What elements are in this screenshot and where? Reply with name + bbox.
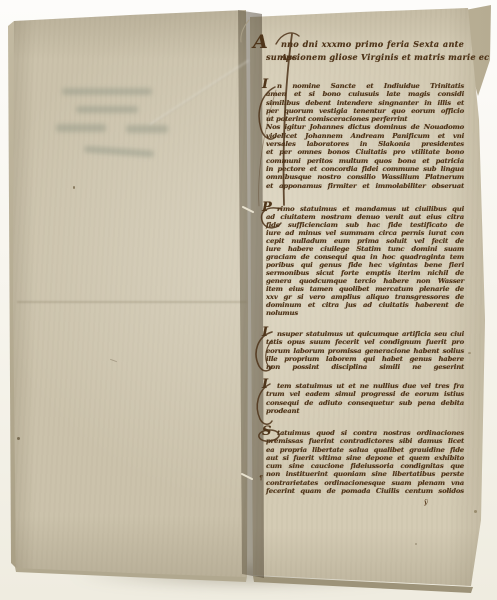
faint-inscription-line [76, 106, 138, 113]
manuscript-line: videlicet Johannem Andream Panificum et … [266, 132, 464, 140]
manuscript-line: In nomine Sancte et Indiuidue Trinitatis [266, 82, 464, 90]
manuscript-line: Primo statuimus et mandamus ut ciuilibus… [266, 205, 464, 213]
manuscript-line: et apponamus firmiter et immolabiliter o… [266, 182, 464, 190]
manuscript-line: fide sufficienciam sub hac fide testific… [266, 221, 464, 229]
text-block-2: Primo statuimus et mandamus ut ciuilibus… [266, 205, 464, 317]
manuscript-line: similibus debent intendere singnanter in… [266, 99, 464, 107]
manuscript-line: dominum et citra jus ad ciuitatis habere… [266, 301, 464, 309]
manuscript-line: non instituerint quoniam sine libertatib… [266, 470, 464, 478]
manuscript-line: cepit nulladum eum prima soluit vel feci… [266, 237, 464, 245]
manuscript-line: omnibusque nostro consilio Wassilium Pla… [266, 173, 464, 181]
manuscript-line: nolumus [266, 309, 464, 317]
text-block-3: Insuper statuimus ut quicumque artificia… [266, 330, 464, 371]
manuscript-line: communi peritos multum quos bona et patr… [266, 157, 464, 165]
initial-letter: I [262, 380, 268, 390]
manuscript-line: ad ciuitatem nostram denuo venit aut eiu… [266, 213, 464, 221]
manuscript-line: contrarietates ordinacionesque suam plen… [266, 479, 464, 487]
manuscript-line: Statuimus quod si contra nostras ordinac… [266, 429, 464, 437]
manuscript-text-column: Anno dni xxxmo primo feria Sexta ante As… [266, 0, 464, 600]
ink-speck [73, 186, 75, 189]
initial-letter: A [253, 35, 268, 49]
manuscript-line: Nos igitur Johannes dictus dominus de No… [266, 123, 464, 131]
manuscript-line: Insuper statuimus ut quicumque artificia… [266, 330, 464, 338]
manuscript-line: amen et si bono cuiusuis late magis cons… [266, 90, 464, 98]
manuscript-line: consequi de adiuto consequetur sub pena … [266, 399, 464, 407]
manuscript-line: prodeant [266, 407, 464, 415]
manuscript-line: ille proprium laborem qui habet genus ha… [266, 355, 464, 363]
faint-inscription-line [126, 125, 168, 133]
manuscript-line: aut si fuerit vltima sine depone et quem… [266, 454, 464, 462]
parchment-fold-horizontal [17, 301, 247, 303]
manuscript-line: iure ad minus vel summam circa pernis iu… [266, 229, 464, 237]
margin-paragraph-mark: ¶ [259, 475, 263, 482]
text-block-1: In nomine Sancte et Indiuidue Trinitatis… [266, 82, 464, 190]
manuscript-line: eorum laborum promissa generacione haben… [266, 347, 464, 355]
faint-inscription-line [62, 88, 152, 95]
manuscript-line: iure habere ciuilege Statim tunc domini … [266, 245, 464, 253]
ink-speck [474, 510, 477, 513]
manuscript-line: Item statuimus ut et ne nullius due vel … [266, 382, 464, 390]
faint-inscription-line [56, 124, 106, 132]
initial-letter: P [262, 203, 272, 213]
ink-speck [17, 437, 20, 440]
manuscript-line: et per omnes bonos Ciuitatis pro vtilita… [266, 148, 464, 156]
manuscript-line: poribus qui genus fide hec vigintas bene… [266, 261, 464, 269]
scribal-end-mark: ÿ [424, 499, 428, 506]
ink-speck [468, 352, 471, 354]
manuscript-line: non possint disciplina simili ne geserin… [266, 363, 464, 371]
manuscript-line: ea propria libertate salua qualibet grau… [266, 446, 464, 454]
manuscript-line: graciam de consequi qua in hoc quadragin… [266, 253, 464, 261]
initial-letter: I [262, 80, 268, 90]
heading-block: Anno dni xxxmo primo feria Sexta ante As… [266, 38, 464, 63]
initial-letter: I [262, 328, 268, 338]
manuscript-line: item eius tamen quolibet mercatum plenar… [266, 285, 464, 293]
initial-letter: S [262, 427, 271, 437]
manuscript-line: Anno dni xxxmo primo feria Sexta ante As… [266, 38, 464, 51]
text-block-4: Item statuimus ut et ne nullius due vel … [266, 382, 464, 415]
manuscript-line: per quorum vestigia tenentur quo eorum o… [266, 107, 464, 115]
manuscript-line: tatis opus suum fecerit vel condignum fu… [266, 338, 464, 346]
manuscript-line: fecerint quam de pomada Ciuilis centum s… [266, 487, 464, 495]
manuscript-line: trum vel eadem simul progressi de eorum … [266, 390, 464, 398]
manuscript-line: sermonibus sicut forte emptis iterim nic… [266, 269, 464, 277]
text-block-5: Statuimus quod si contra nostras ordinac… [266, 429, 464, 495]
manuscript-line: genera quodcumque tercio habere non Wass… [266, 277, 464, 285]
manuscript-line: premissas fuerint contradictores sibi da… [266, 437, 464, 445]
manuscript-line: xxv gr si vero amplius aliquo transgress… [266, 293, 464, 301]
